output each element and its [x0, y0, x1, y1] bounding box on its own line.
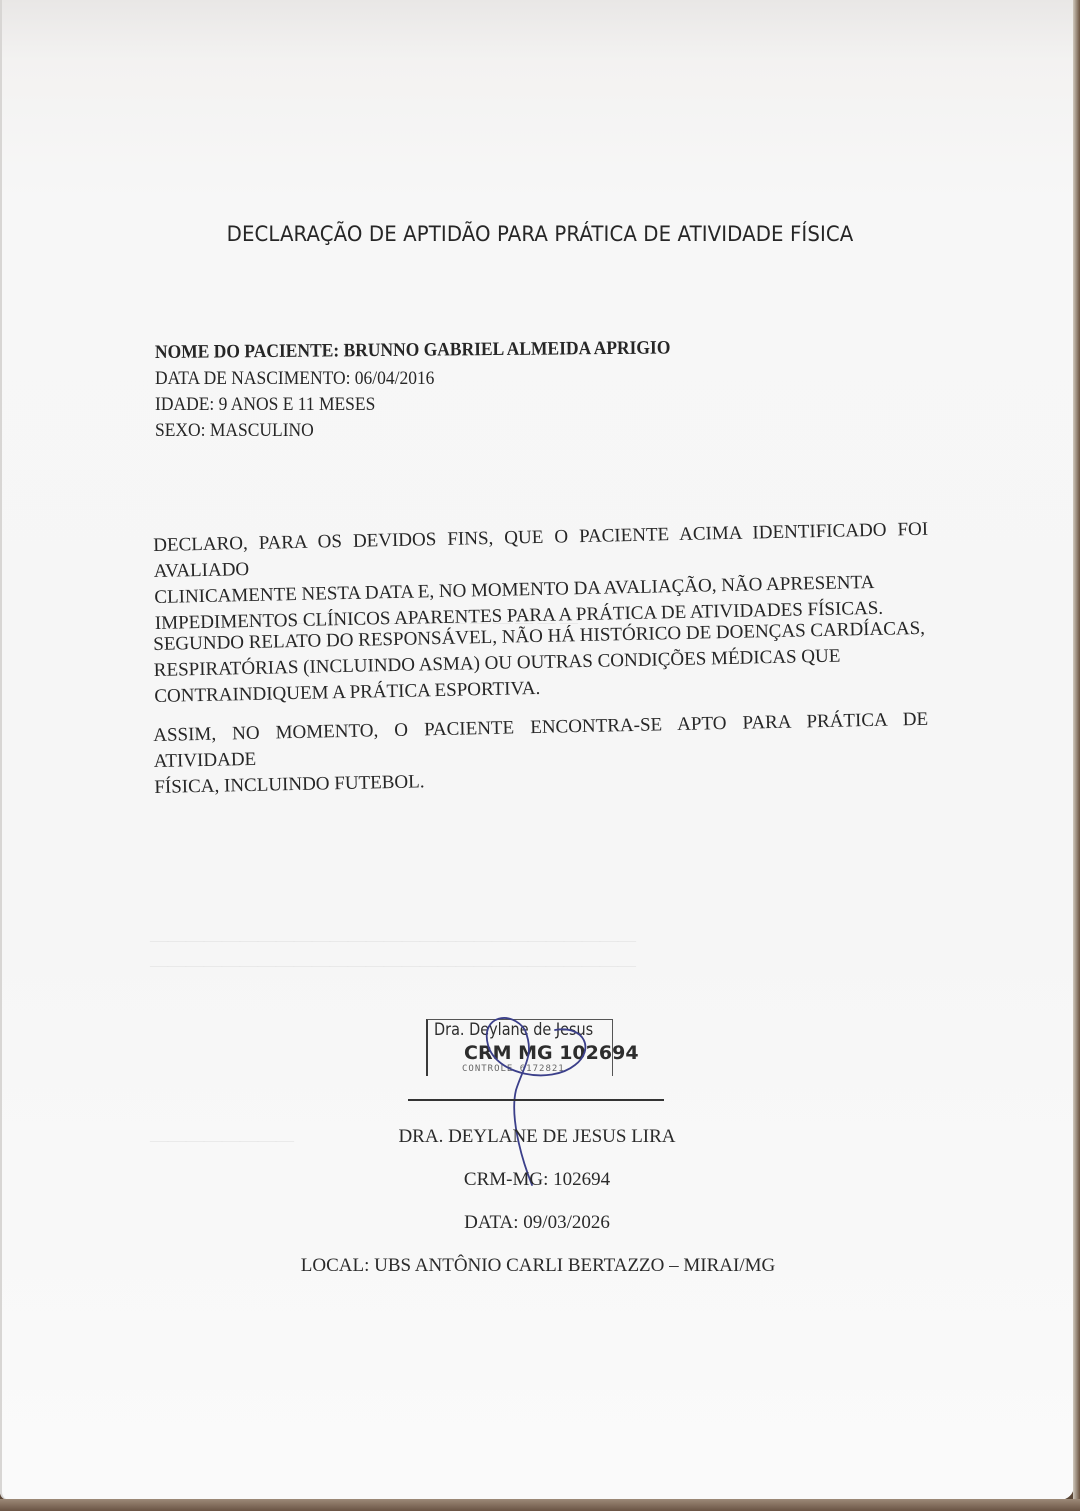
patient-birth-date: DATA DE NASCIMENTO: 06/04/2016 — [155, 366, 670, 392]
conclusion-paragraph: ASSIM, NO MOMENTO, O PACIENTE ENCONTRA-S… — [153, 707, 929, 801]
bleed-through-text: ——————————————————————————— — [150, 930, 636, 951]
bleed-through-text: ——————————————————————————— — [150, 955, 636, 976]
background-edge — [0, 1499, 1080, 1511]
doctor-name: DRA. DEYLANE DE JESUS LIRA — [0, 1126, 1074, 1148]
document-title: DECLARAÇÃO DE APTIDÃO PARA PRÁTICA DE AT… — [32, 222, 1047, 246]
background-edge — [1073, 0, 1080, 1511]
medical-history-paragraph: SEGUNDO RELATO DO RESPONSÁVEL, NÃO HÁ HI… — [153, 616, 929, 710]
document-page: DECLARAÇÃO DE APTIDÃO PARA PRÁTICA DE AT… — [0, 0, 1074, 1500]
patient-info: NOME DO PACIENTE: BRUNNO GABRIEL ALMEIDA… — [155, 340, 715, 444]
patient-name: NOME DO PACIENTE: BRUNNO GABRIEL ALMEIDA… — [155, 336, 671, 366]
patient-age: IDADE: 9 ANOS E 11 MESES — [155, 392, 670, 418]
declaration-location: LOCAL: UBS ANTÔNIO CARLI BERTAZZO – MIRA… — [0, 1255, 1076, 1277]
declaration-date: DATA: 09/03/2026 — [0, 1212, 1074, 1234]
signature-line — [408, 1099, 664, 1101]
doctor-crm: CRM-MG: 102694 — [0, 1169, 1074, 1191]
patient-sex: SEXO: MASCULINO — [155, 418, 670, 444]
